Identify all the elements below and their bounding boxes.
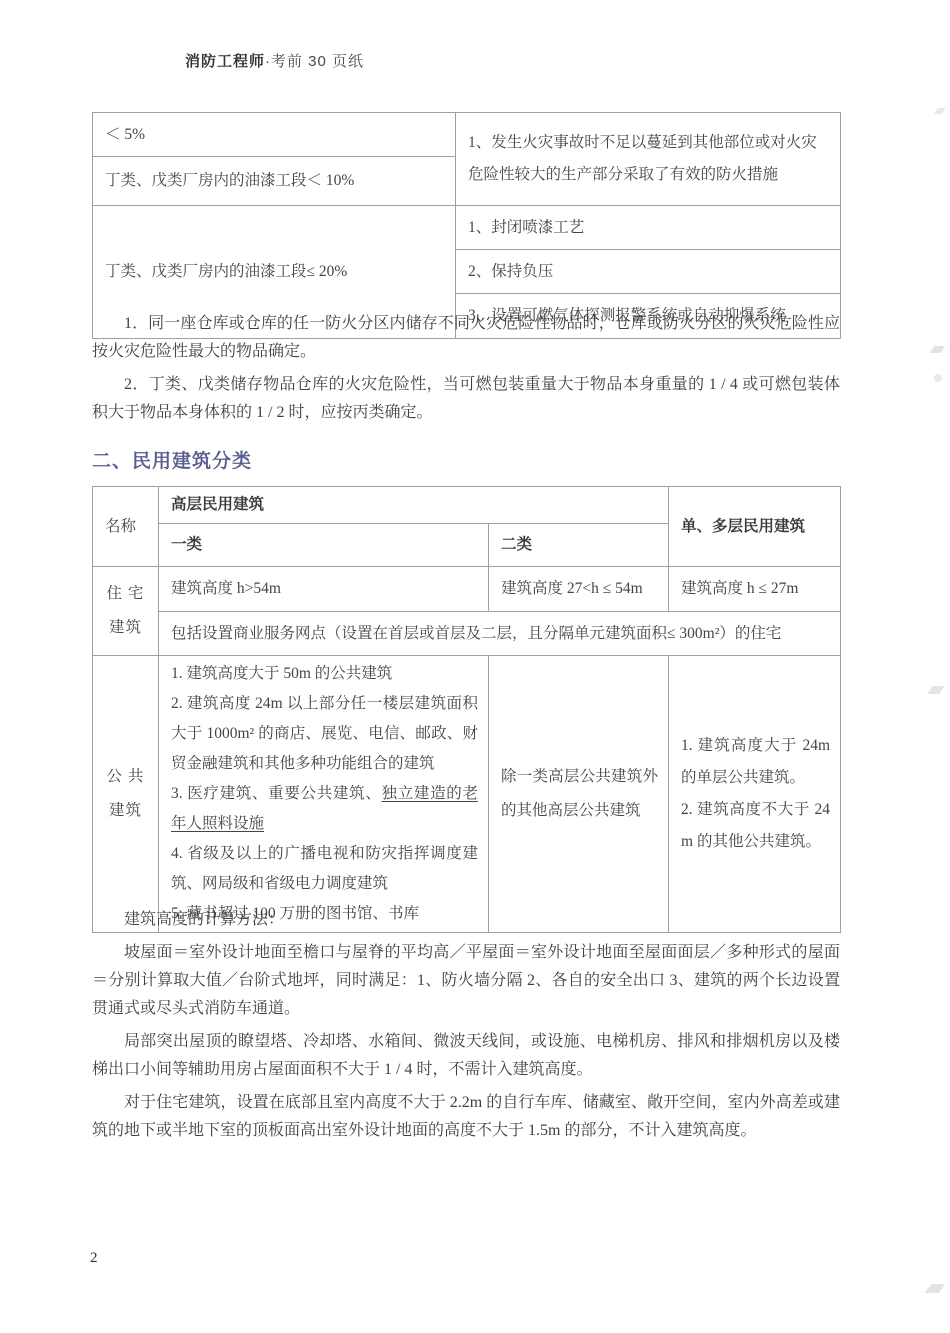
table-row-residential: 住 宅 建筑 建筑高度 h>54m 建筑高度 27<h ≤ 54m 建筑高度 h… — [93, 567, 841, 612]
table-row: 丁类、戊类厂房内的油漆工段≤ 20% 1、封闭喷漆工艺 — [93, 206, 841, 250]
measure-cell: 1、发生火灾事故时不足以蔓延到其他部位或对火灾危险性较大的生产部分采取了有效的防… — [456, 113, 841, 206]
list-item: 2. 建筑高度不大于 24m 的其他公共建筑。 — [681, 794, 830, 858]
note-paragraph: 坡屋面＝室外设计地面至檐口与屋脊的平均高／平屋面＝室外设计地面至屋面面层／多种形… — [92, 939, 840, 1023]
list-item: 2. 建筑高度 24m 以上部分任一楼层建筑面积大于 1000m² 的商店、展览… — [171, 689, 478, 779]
header-singlemulti-cell: 单、多层民用建筑 — [669, 487, 841, 567]
warehouse-notes: 1．同一座仓库或仓库的任一防火分区内储存不同火灾危险性物品时，仓库或防火分区的火… — [92, 310, 840, 432]
measure-cell: 1、封闭喷漆工艺 — [456, 206, 841, 250]
table-row-public: 公 共 建筑 1. 建筑高度大于 50m 的公共建筑 2. 建筑高度 24m 以… — [93, 656, 841, 933]
list-item: 3. 医疗建筑、重要公共建筑、独立建造的老年人照料设施 — [171, 779, 478, 839]
residential-singlemulti-cell: 建筑高度 h ≤ 27m — [669, 567, 841, 612]
header-highrise-cell: 高层民用建筑 — [159, 487, 669, 524]
table-header-row: 名称 高层民用建筑 单、多层民用建筑 — [93, 487, 841, 524]
note-paragraph: 建筑高度的计算方法： — [92, 906, 840, 934]
header-name-cell: 名称 — [93, 487, 159, 567]
scan-artifact — [927, 686, 945, 694]
section-title: 二、民用建筑分类 — [92, 446, 252, 473]
header-brand: 消防工程师 — [185, 53, 265, 70]
list-item-text: 2. 建筑高度 24m 以上部分任一楼层建筑面积大于 1000m² 的商店、展览… — [171, 695, 478, 772]
scan-artifact — [934, 108, 945, 114]
height-notes: 建筑高度的计算方法： 坡屋面＝室外设计地面至檐口与屋脊的平均高／平屋面＝室外设计… — [92, 906, 840, 1150]
list-item-text: 1. 建筑高度大于 50m 的公共建筑 — [171, 665, 392, 682]
list-item-text: 4. 省级及以上的广播电视和防灾指挥调度建筑、网局级和省级电力调度建筑 — [171, 845, 478, 892]
condition-cell: ＜ 5% — [93, 113, 456, 157]
residential-note-cell: 包括设置商业服务网点（设置在首层或首层及二层，且分隔单元建筑面积≤ 300m²）… — [159, 612, 841, 656]
list-item: 1. 建筑高度大于 50m 的公共建筑 — [171, 659, 478, 689]
scan-artifact — [930, 346, 946, 353]
document-page: 消防工程师·考前 30 页纸 ＜ 5% 1、发生火灾事故时不足以蔓延到其他部位或… — [0, 0, 950, 1333]
note-paragraph: 对于住宅建筑，设置在底部且室内高度不大于 2.2m 的自行车库、储藏室、敞开空间… — [92, 1089, 840, 1145]
public-class1-cell: 1. 建筑高度大于 50m 的公共建筑 2. 建筑高度 24m 以上部分任一楼层… — [159, 656, 489, 933]
residential-class1-cell: 建筑高度 h>54m — [159, 567, 489, 612]
list-item-text: 3. 医疗建筑、重要公共建筑、 — [171, 785, 382, 802]
list-item: 1. 建筑高度大于 24m 的单层公共建筑。 — [681, 730, 830, 794]
public-label-line: 公 共 — [97, 760, 154, 794]
header-class2-cell: 二类 — [489, 524, 669, 567]
table-row-residential-note: 包括设置商业服务网点（设置在首层或首层及二层，且分隔单元建筑面积≤ 300m²）… — [93, 612, 841, 656]
page-number: 2 — [90, 1250, 98, 1267]
civil-table: 名称 高层民用建筑 单、多层民用建筑 一类 二类 住 宅 建筑 建筑高度 h>5… — [92, 486, 841, 933]
scan-artifact — [925, 1284, 945, 1293]
public-label-cell: 公 共 建筑 — [93, 656, 159, 933]
note-paragraph: 局部突出屋顶的瞭望塔、冷却塔、水箱间、微波天线间，或设施、电梯机房、排风和排烟机… — [92, 1028, 840, 1084]
header-suffix: ·考前 30 页纸 — [265, 53, 364, 70]
residential-label-line: 住 宅 — [97, 577, 154, 611]
civil-table-wrap: 名称 高层民用建筑 单、多层民用建筑 一类 二类 住 宅 建筑 建筑高度 h>5… — [92, 486, 840, 933]
measure-cell: 2、保持负压 — [456, 250, 841, 294]
note-paragraph: 1．同一座仓库或仓库的任一防火分区内储存不同火灾危险性物品时，仓库或防火分区的火… — [92, 310, 840, 366]
condition-cell: 丁类、戊类厂房内的油漆工段＜ 10% — [93, 157, 456, 206]
factory-table-wrap: ＜ 5% 1、发生火灾事故时不足以蔓延到其他部位或对火灾危险性较大的生产部分采取… — [92, 112, 840, 339]
public-label-line: 建筑 — [97, 794, 154, 828]
residential-class2-cell: 建筑高度 27<h ≤ 54m — [489, 567, 669, 612]
residential-label-line: 建筑 — [97, 611, 154, 645]
header-class1-cell: 一类 — [159, 524, 489, 567]
factory-table: ＜ 5% 1、发生火灾事故时不足以蔓延到其他部位或对火灾危险性较大的生产部分采取… — [92, 112, 841, 339]
residential-label-cell: 住 宅 建筑 — [93, 567, 159, 656]
note-paragraph: 2．丁类、戊类储存物品仓库的火灾危险性，当可燃包装重量大于物品本身重量的 1 /… — [92, 371, 840, 427]
list-item: 4. 省级及以上的广播电视和防灾指挥调度建筑、网局级和省级电力调度建筑 — [171, 839, 478, 899]
page-header: 消防工程师·考前 30 页纸 — [185, 50, 364, 71]
scan-artifact — [934, 374, 942, 382]
public-class2-cell: 除一类高层公共建筑外的其他高层公共建筑 — [489, 656, 669, 933]
public-singlemulti-cell: 1. 建筑高度大于 24m 的单层公共建筑。 2. 建筑高度不大于 24m 的其… — [669, 656, 841, 933]
table-row: ＜ 5% 1、发生火灾事故时不足以蔓延到其他部位或对火灾危险性较大的生产部分采取… — [93, 113, 841, 157]
